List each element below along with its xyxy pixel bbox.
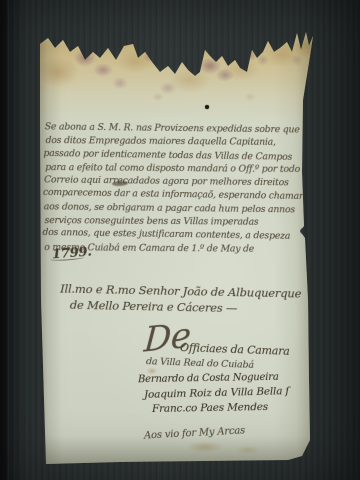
manuscript-photo: Se abona a S. M. R. nas Provizoens exped… [0,0,360,480]
photo-vignette [0,0,360,480]
